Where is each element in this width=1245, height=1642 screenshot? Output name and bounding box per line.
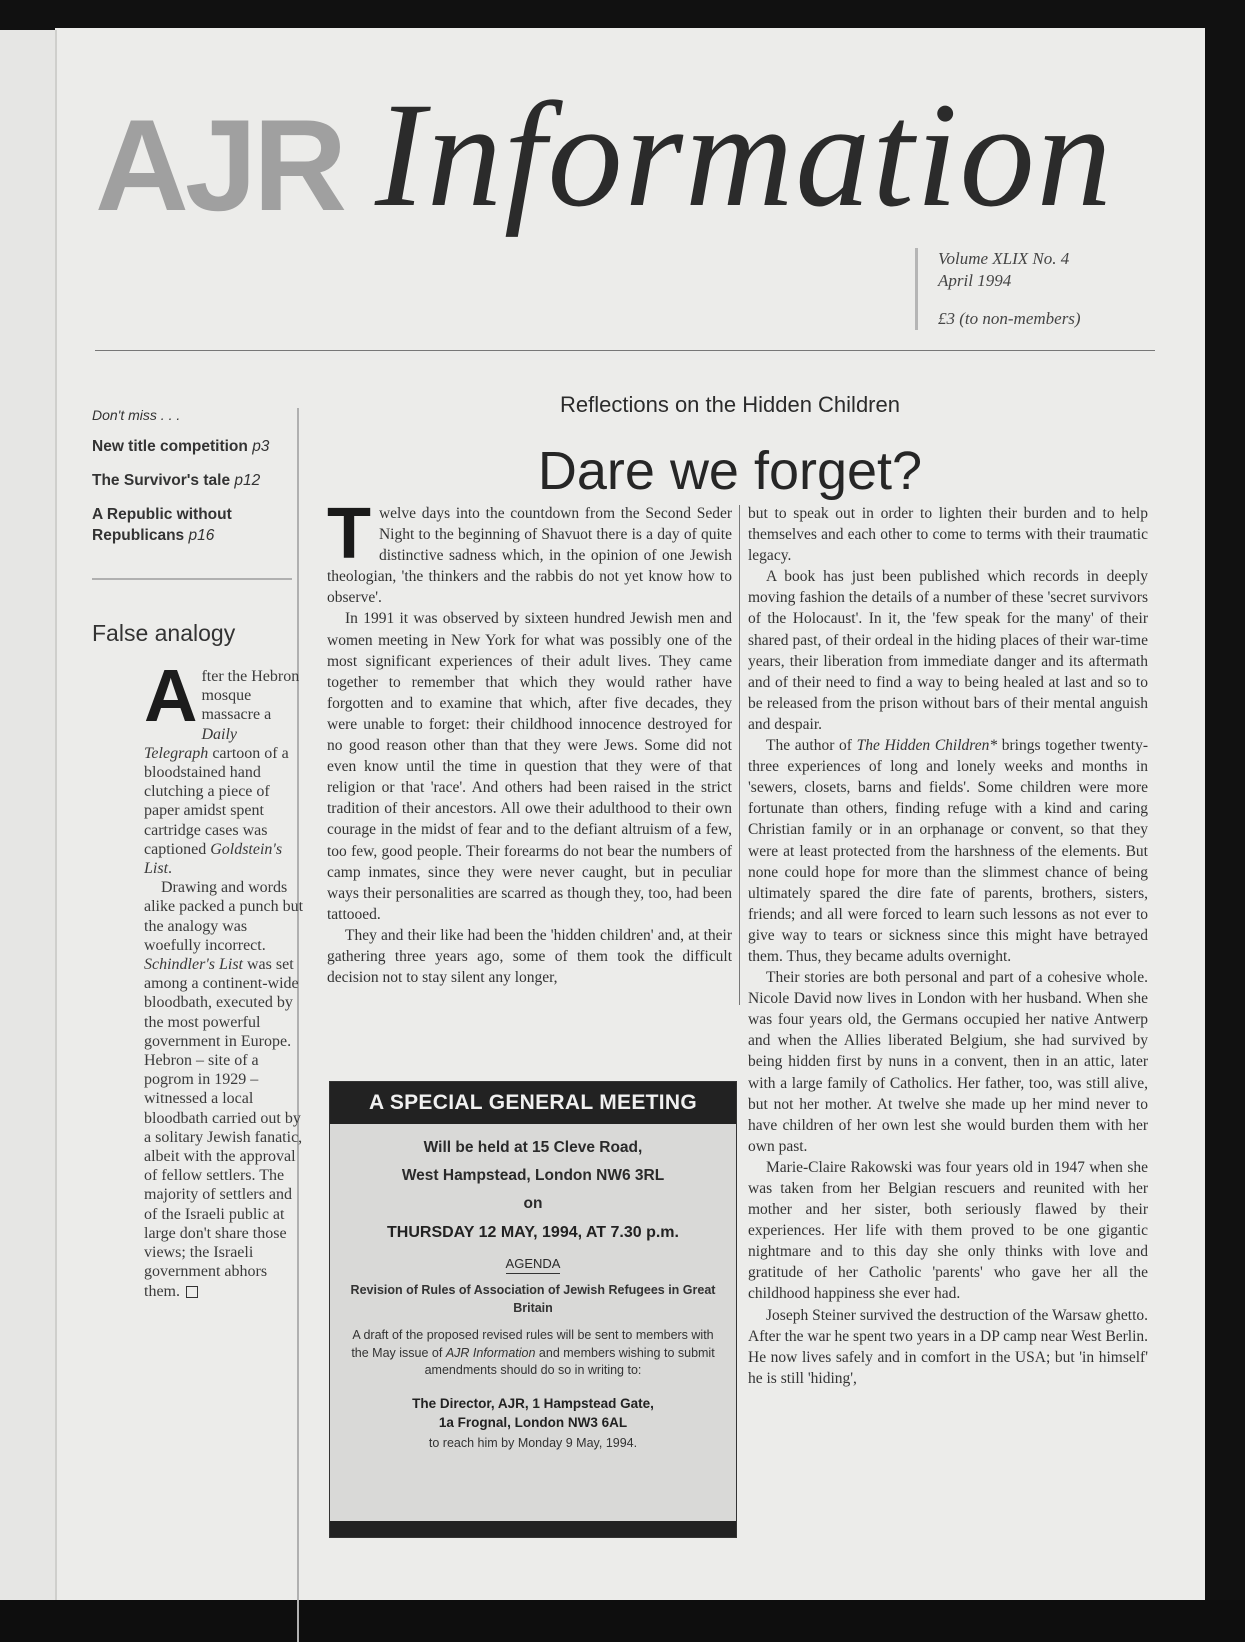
article-column-1: Twelve days into the countdown from the … [327,503,732,988]
text: was set among a continent-wide bloodbath… [144,956,302,1299]
dont-miss-item-page: p3 [252,438,269,455]
end-mark-icon [186,1286,198,1298]
text: Drawing and words alike packed a punch b… [144,879,303,954]
false-analogy-body: After the Hebron mosque massacre a Daily… [144,667,304,1301]
text: fter the Hebron mosque massacre a [201,668,299,723]
notice-footer-bar [330,1521,736,1537]
previous-page-edge [0,30,57,1600]
paragraph: Joseph Steiner survived the destruction … [748,1305,1148,1389]
notice-agenda-label: AGENDA [330,1256,736,1271]
paragraph: Marie-Claire Rakowski was four years old… [748,1157,1148,1305]
paragraph: Their stories are both personal and part… [748,967,1148,1157]
dropcap: T [327,505,371,563]
notice-location: Will be held at 15 Cleve Road, West Hamp… [330,1134,736,1218]
issue-price: £3 (to non-members) [938,308,1081,330]
dont-miss-item-title: New title competition [92,438,248,455]
text: The author of [766,737,857,754]
paragraph: but to speak out in order to lighten the… [748,503,1148,566]
dropcap: A [144,667,197,725]
dont-miss-item[interactable]: The Survivor's tale p12 [92,470,282,491]
notice-location-line: West Hampstead, London NW6 3RL [330,1162,736,1190]
sidebar: Don't miss . . . New title competition p… [92,395,282,1301]
notice-address: The Director, AJR, 1 Hampstead Gate, 1a … [330,1394,736,1432]
agenda-text: AGENDA [506,1256,561,1274]
column-divider [739,505,740,1005]
masthead-title: Information [375,80,1114,230]
paragraph: Drawing and words alike packed a punch b… [144,878,304,1300]
paragraph: In 1991 it was observed by sixteen hundr… [327,608,732,924]
notice-on: on [330,1190,736,1218]
italic-text: AJR Information [446,1346,536,1360]
paragraph: The author of The Hidden Children* bring… [748,735,1148,967]
notice-revision: Revision of Rules of Association of Jewi… [330,1281,736,1317]
issue-date: April 1994 [938,270,1081,292]
notice-datetime: THURSDAY 12 MAY, 1994, AT 7.30 p.m. [330,1224,736,1242]
sidebar-rule [92,578,292,580]
dont-miss-item-page: p16 [188,527,214,544]
book-title: The Hidden Children* [857,737,998,754]
address-line: 1a Frognal, London NW3 6AL [330,1413,736,1432]
dont-miss-item[interactable]: New title competition p3 [92,436,282,457]
text: brings together twenty-three experiences… [748,737,1148,965]
article-headline: Dare we forget? [310,440,1150,502]
false-analogy-title: False analogy [92,620,282,647]
issue-volume: Volume XLIX No. 4 [938,248,1081,270]
masthead-rule [95,350,1155,351]
dont-miss-item-title: The Survivor's tale [92,472,230,489]
address-line: The Director, AJR, 1 Hampstead Gate, [330,1394,736,1413]
notice-heading: A SPECIAL GENERAL MEETING [330,1082,736,1124]
paragraph: Twelve days into the countdown from the … [327,503,732,608]
text: . [168,860,172,877]
article-column-2: but to speak out in order to lighten the… [748,503,1148,1389]
article-kicker: Reflections on the Hidden Children [310,392,1150,418]
notice-location-line: Will be held at 15 Cleve Road, [330,1134,736,1162]
dont-miss-item-page: p12 [234,472,260,489]
meeting-notice-box: A SPECIAL GENERAL MEETING Will be held a… [329,1081,737,1538]
notice-deadline: to reach him by Monday 9 May, 1994. [330,1436,736,1450]
dont-miss-label: Don't miss . . . [92,407,282,423]
issue-info: Volume XLIX No. 4 April 1994 £3 (to non-… [915,248,1081,330]
text: welve days into the countdown from the S… [327,505,732,606]
masthead-brand: AJR [95,100,343,230]
italic-text: Schindler's List [144,956,243,973]
paragraph: They and their like had been the 'hidden… [327,925,732,988]
scan-bottom-shadow [0,1600,1245,1642]
paragraph: A book has just been published which rec… [748,566,1148,735]
dont-miss-item[interactable]: A Republic without Republicans p16 [92,504,282,546]
notice-draft-text: A draft of the proposed revised rules wi… [344,1327,722,1380]
